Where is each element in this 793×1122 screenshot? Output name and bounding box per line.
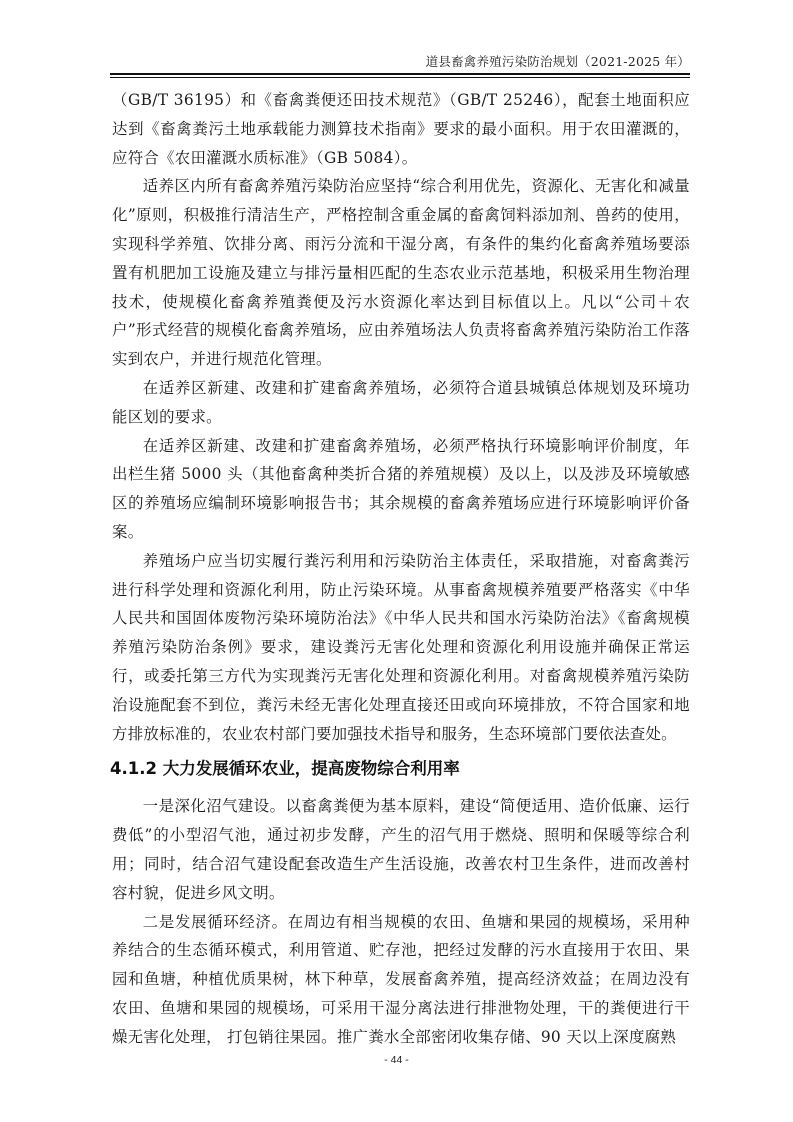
header-rule-thick: [110, 73, 690, 75]
header-rule-thin: [110, 77, 690, 78]
paragraph-standards-continuation: （GB/T 36195）和《畜禽粪便还田技术规范》（GB/T 25246），配套…: [112, 86, 690, 172]
running-header: 道县畜禽养殖污染防治规划（2021-2025 年）: [110, 52, 690, 70]
paragraph-biogas-construction: 一是深化沼气建设。以畜禽粪便为基本原料，建设“简便适用、造价低廉、运行费低”的小…: [112, 792, 690, 907]
page-number: - 44 -: [0, 1054, 793, 1066]
page-body: （GB/T 36195）和《畜禽粪便还田技术规范》（GB/T 25246），配套…: [112, 86, 690, 1052]
section-heading-4-1-2: 4.1.2 大力发展循环农业，提高废物综合利用率: [110, 752, 690, 786]
paragraph-farmer-responsibility: 养殖场户应当切实履行粪污利用和污染防治主体责任，采取措施，对畜禽粪污进行科学处理…: [112, 547, 690, 749]
paragraph-planning-compliance: 在适养区新建、改建和扩建畜禽养殖场，必须符合道县城镇总体规划及环境功能区划的要求…: [112, 374, 690, 432]
paragraph-circular-economy: 二是发展循环经济。在周边有相当规模的农田、鱼塘和果园的规模场，采用种养结合的生态…: [112, 908, 690, 1052]
paragraph-environmental-assessment: 在适养区新建、改建和扩建畜禽养殖场，必须严格执行环境影响评价制度，年出栏生猪 5…: [112, 432, 690, 547]
paragraph-pollution-principles: 适养区内所有畜禽养殖污染防治应坚持“综合利用优先，资源化、无害化和减量化”原则，…: [112, 172, 690, 374]
header-double-rule: [110, 73, 690, 78]
